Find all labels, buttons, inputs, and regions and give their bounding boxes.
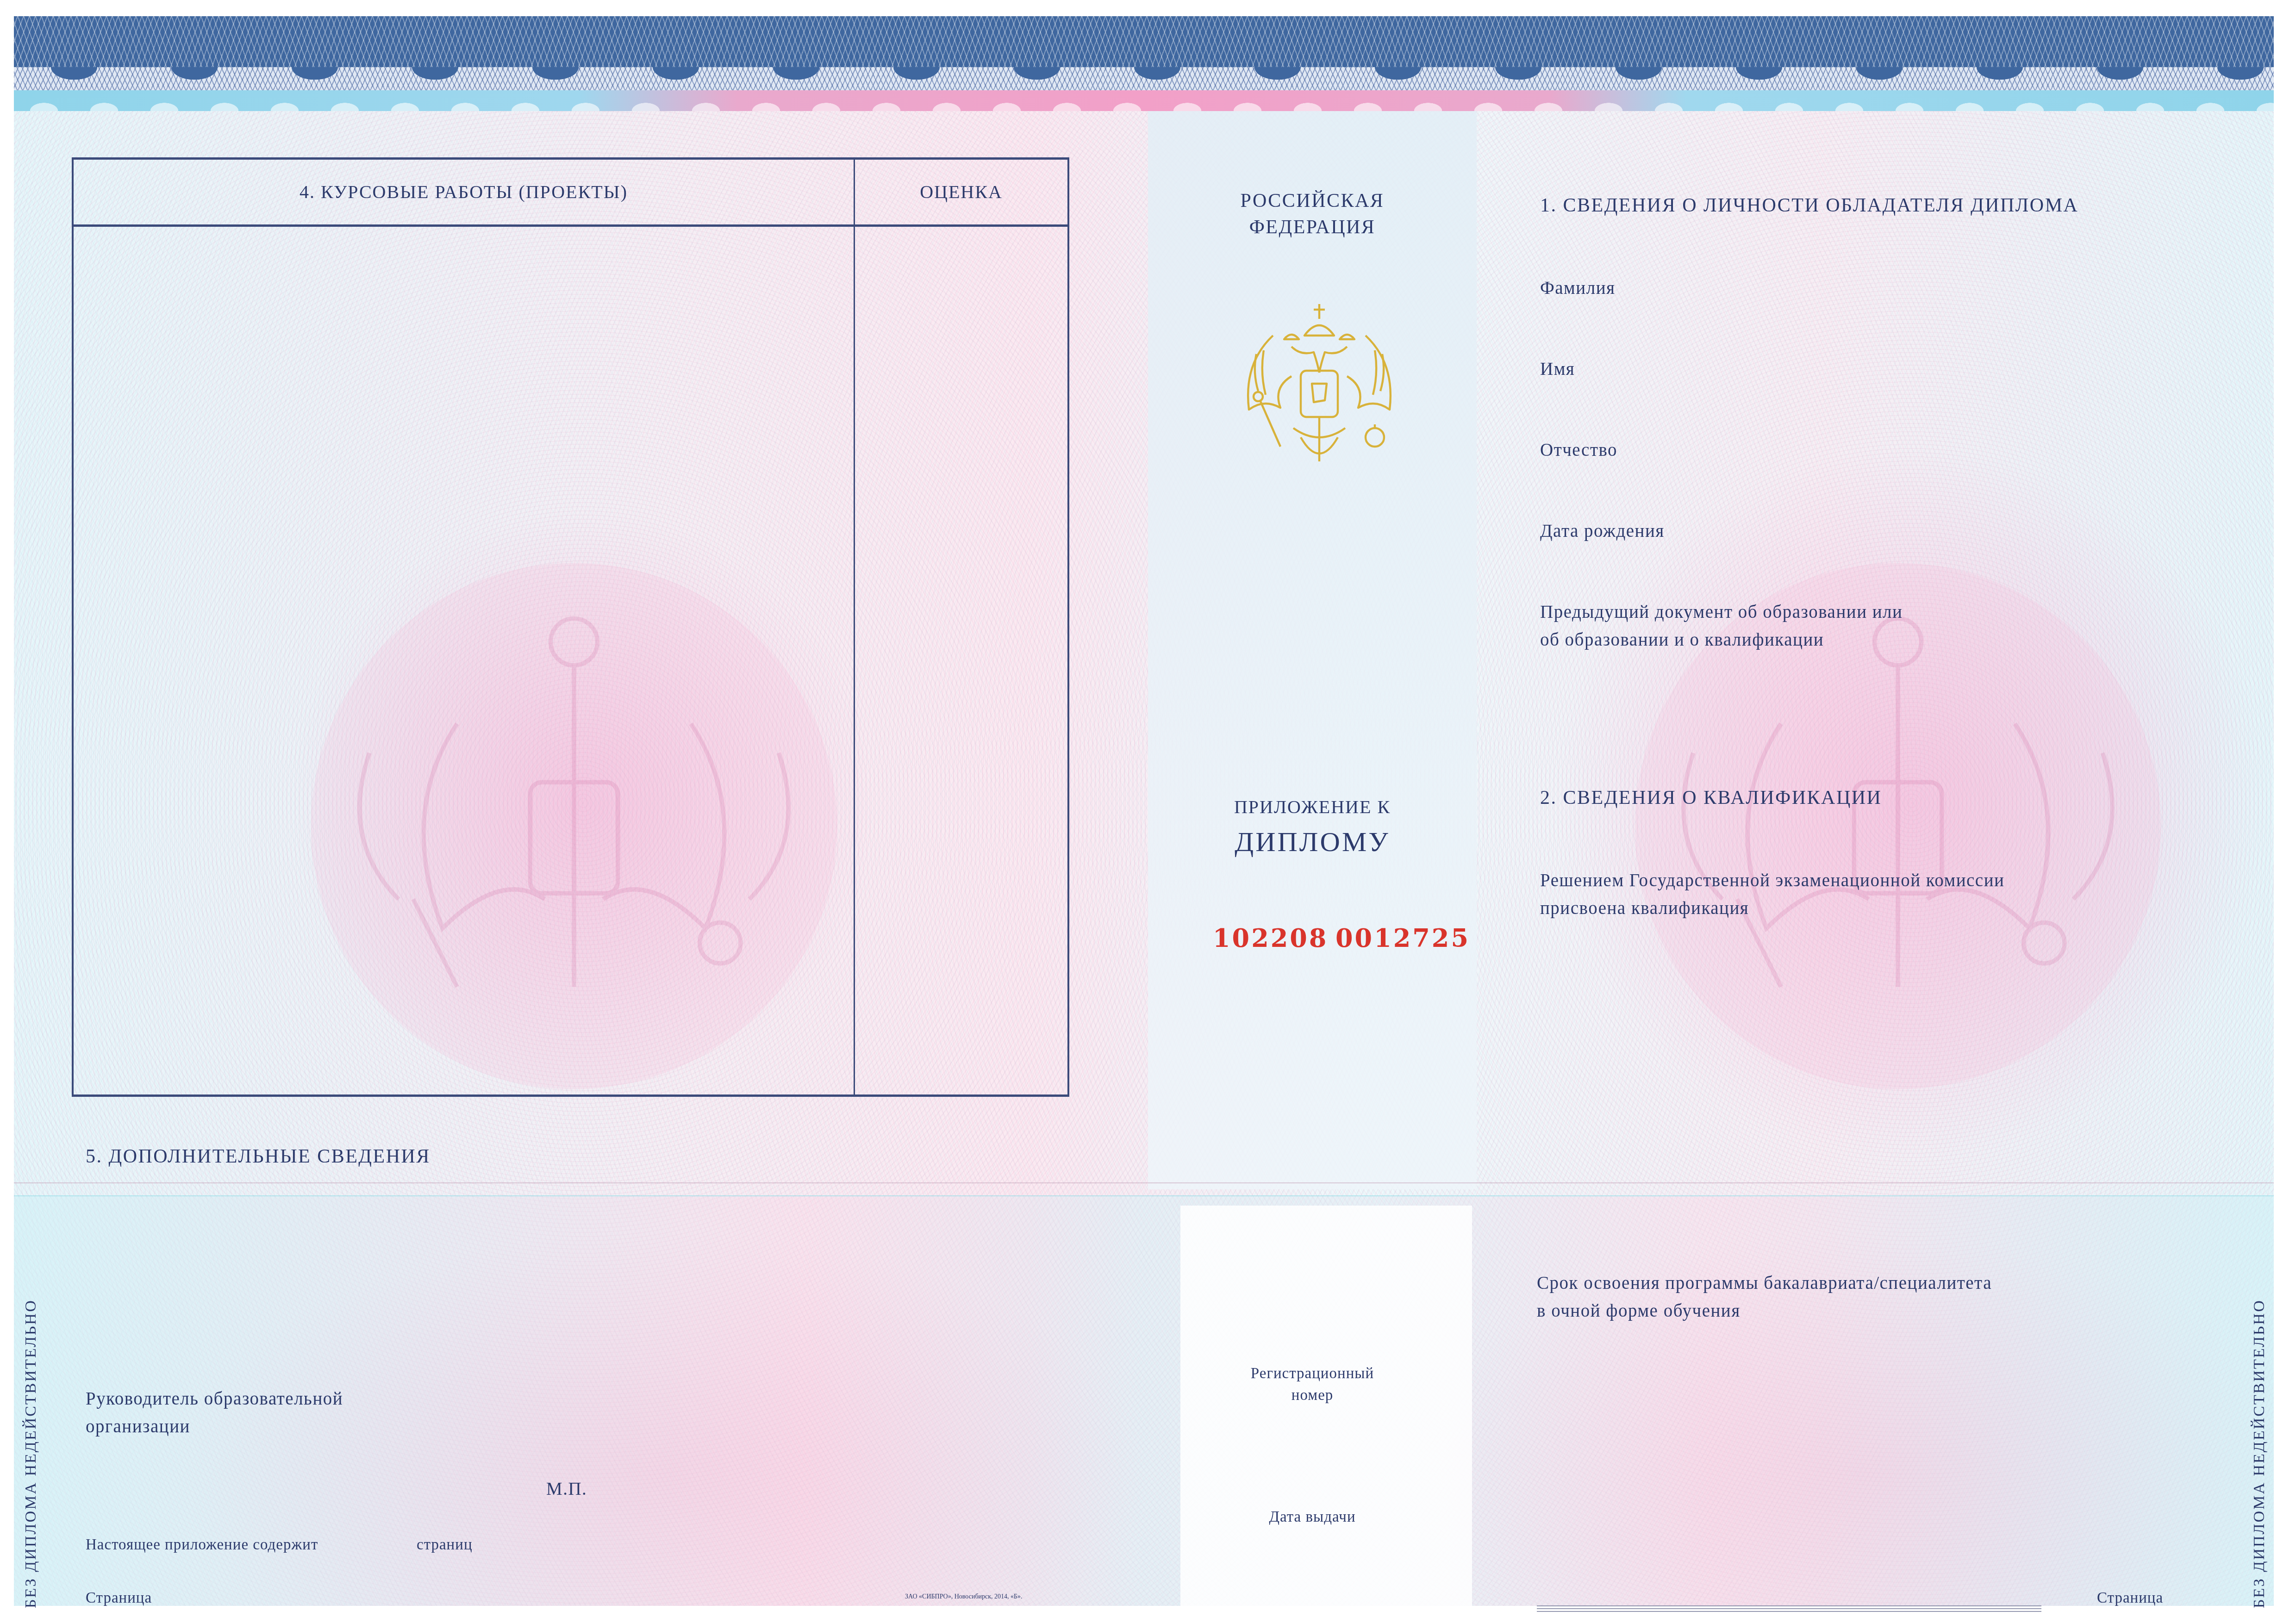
table-column-divider bbox=[854, 160, 855, 1094]
serial-number: 0012725 bbox=[1335, 923, 1470, 953]
stamp-place-label: М.П. bbox=[546, 1479, 587, 1499]
center-column-bottom-panel bbox=[1180, 1206, 1472, 1606]
coat-of-arms-icon bbox=[1236, 298, 1403, 484]
coursework-table: 4. КУРСОВЫЕ РАБОТЫ (ПРОЕКТЫ) ОЦЕНКА bbox=[72, 157, 1069, 1097]
header-ornament-band bbox=[14, 16, 2274, 111]
header-band-dark bbox=[14, 16, 2274, 72]
registration-number-label-line1: Регистрационный bbox=[1148, 1365, 1477, 1382]
section2-title: 2. СВЕДЕНИЯ О КВАЛИФИКАЦИИ bbox=[1540, 787, 1882, 809]
issue-date-label: Дата выдачи bbox=[1148, 1509, 1477, 1526]
appendix-title-line2: ДИПЛОМУ bbox=[1148, 826, 1477, 858]
country-name-line2: ФЕДЕРАЦИЯ bbox=[1148, 216, 1477, 238]
qualification-label-line1: Решением Государственной экзаменационной… bbox=[1540, 870, 2004, 891]
center-column-panel bbox=[1148, 111, 1477, 1189]
page-number-lines bbox=[1537, 1605, 2041, 1614]
registration-number-label-line2: номер bbox=[1148, 1387, 1477, 1404]
fold-line bbox=[14, 1182, 2274, 1183]
patronymic-label: Отчество bbox=[1540, 440, 1617, 460]
name-label: Имя bbox=[1540, 359, 1575, 379]
previous-document-label-line1: Предыдущий документ об образовании или bbox=[1540, 602, 1903, 622]
qualification-label-line2: присвоена квалификация bbox=[1540, 898, 1749, 919]
serial-series: 102208 bbox=[1213, 923, 1328, 953]
section1-title: 1. СВЕДЕНИЯ О ЛИЧНОСТИ ОБЛАДАТЕЛЯ ДИПЛОМ… bbox=[1540, 194, 2078, 217]
country-name-line1: РОССИЙСКАЯ bbox=[1148, 190, 1477, 212]
coursework-column-header: 4. КУРСОВЫЕ РАБОТЫ (ПРОЕКТЫ) bbox=[74, 181, 854, 203]
pages-count-prefix: Настоящее приложение содержит bbox=[86, 1536, 318, 1554]
page-number-label-right: Страница bbox=[2097, 1590, 2163, 1607]
vertical-notice-right: БЕЗ ДИПЛОМА НЕДЕЙСТВИТЕЛЬНО bbox=[2251, 1299, 2268, 1608]
header-band-wave bbox=[14, 90, 2274, 111]
study-term-label-line2: в очной форме обучения bbox=[1537, 1300, 1741, 1321]
fold-line bbox=[14, 1195, 2274, 1196]
diploma-appendix-sheet: 4. КУРСОВЫЕ РАБОТЫ (ПРОЕКТЫ) ОЦЕНКА 5. Д… bbox=[14, 16, 2274, 1606]
page-number-label-left: Страница bbox=[86, 1590, 152, 1607]
additional-info-title: 5. ДОПОЛНИТЕЛЬНЫЕ СВЕДЕНИЯ bbox=[86, 1145, 430, 1168]
pages-count-suffix: страниц bbox=[417, 1536, 473, 1554]
head-of-org-label-line2: организации bbox=[86, 1416, 190, 1437]
surname-label: Фамилия bbox=[1540, 278, 1615, 298]
birth-date-label: Дата рождения bbox=[1540, 521, 1665, 541]
vertical-notice-left: БЕЗ ДИПЛОМА НЕДЕЙСТВИТЕЛЬНО bbox=[22, 1299, 40, 1608]
previous-document-label-line2: об образовании и о квалификации bbox=[1540, 629, 1824, 650]
grade-column-header: ОЦЕНКА bbox=[855, 181, 1067, 203]
appendix-title-line1: ПРИЛОЖЕНИЕ К bbox=[1148, 796, 1477, 818]
bottom-tint-band bbox=[14, 1196, 2274, 1606]
printer-imprint: ЗАО «СИБПРО», Новосибирск, 2014, «Б». bbox=[905, 1593, 1023, 1601]
study-term-label-line1: Срок освоения программы бакалавриата/спе… bbox=[1537, 1273, 1992, 1293]
head-of-org-label-line1: Руководитель образовательной bbox=[86, 1388, 343, 1409]
